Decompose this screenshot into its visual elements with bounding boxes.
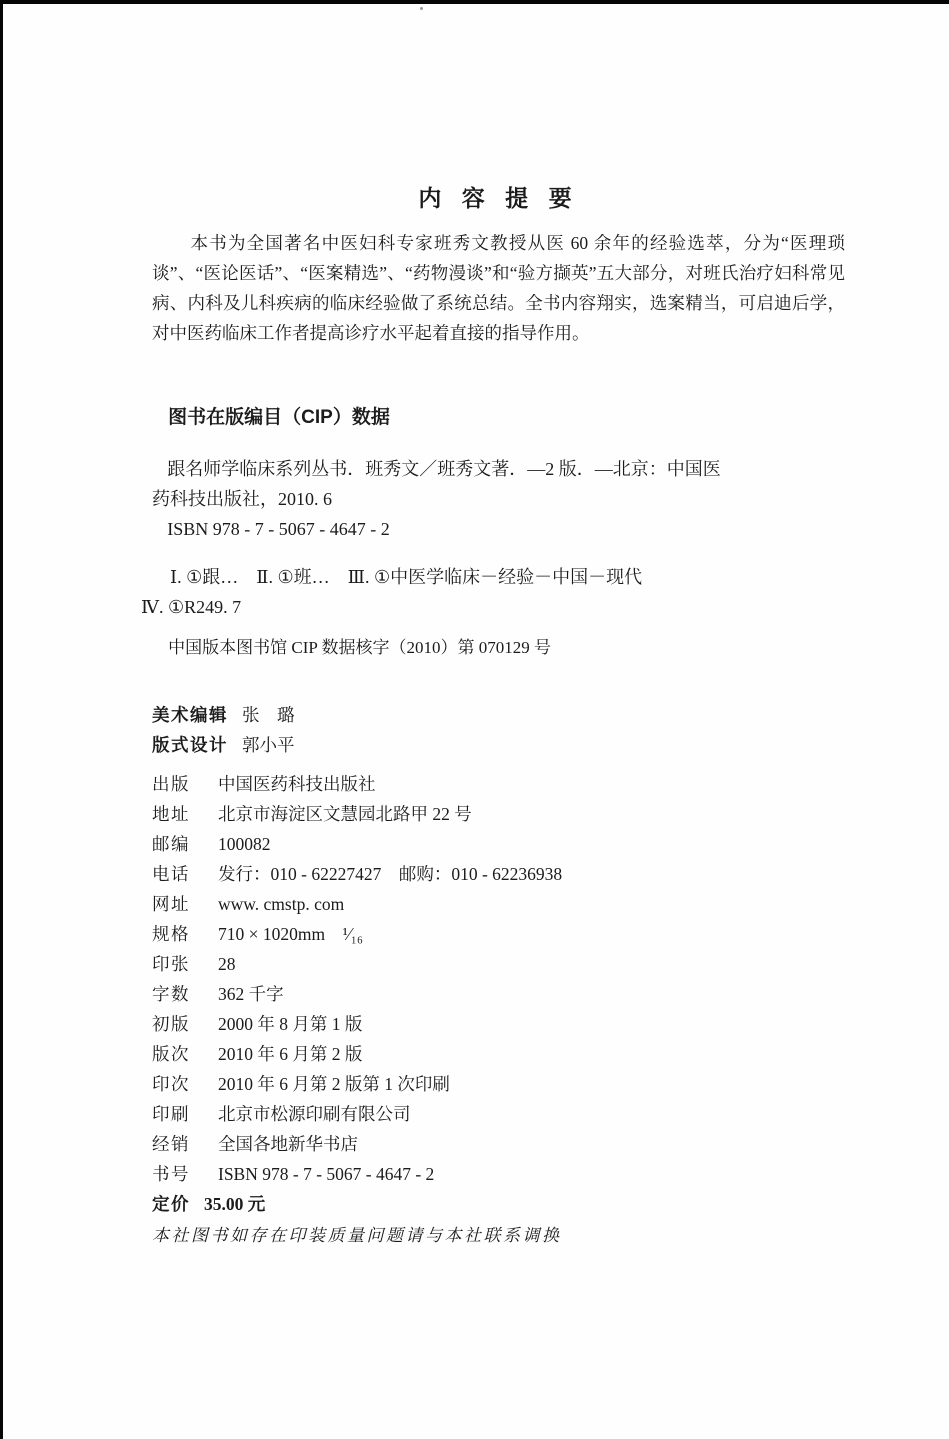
cip-classification-line1: Ⅰ. ①跟… Ⅱ. ①班… Ⅲ. ①中医学临床－经验－中国－现代	[152, 562, 845, 592]
colophon-label: 出版	[152, 769, 218, 799]
colophon-label: 印刷	[152, 1099, 218, 1129]
colophon-value: 郭小平	[242, 735, 295, 755]
colophon-value: 张 璐	[242, 705, 295, 725]
colophon-value: 35.00 元	[204, 1194, 265, 1214]
cip-classification: Ⅰ. ①跟… Ⅱ. ①班… Ⅲ. ①中医学临床－经验－中国－现代 Ⅳ. ①R24…	[152, 562, 845, 622]
colophon-value: www. cmstp. com	[218, 894, 344, 914]
colophon-value: 2000 年 8 月第 1 版	[218, 1014, 362, 1034]
colophon-value: 全国各地新华书店	[218, 1134, 358, 1154]
content-summary-paragraph: 本书为全国著名中医妇科专家班秀文教授从医 60 余年的经验选萃，分为“医理琐谈”…	[152, 228, 845, 348]
page-content: 内 容 提 要 本书为全国著名中医妇科专家班秀文教授从医 60 余年的经验选萃，…	[152, 0, 845, 1251]
colophon-value: 北京市海淀区文慧园北路甲 22 号	[218, 804, 472, 824]
cip-classification-line2: Ⅳ. ①R249. 7	[141, 592, 845, 622]
colophon-label: 印次	[152, 1069, 218, 1099]
colophon-label: 网址	[152, 889, 218, 919]
scan-edge-left	[0, 0, 3, 1439]
cip-description-line1: 跟名师学临床系列丛书．班秀文／班秀文著．—2 版．—北京：中国医	[152, 454, 845, 484]
colophon-row: 版式设计郭小平	[152, 730, 845, 760]
colophon-row: 电话发行：010 - 62227427 邮购：010 - 62236938	[152, 859, 845, 889]
colophon-value: 2010 年 6 月第 2 版	[218, 1044, 362, 1064]
colophon-label: 版式设计	[152, 730, 228, 760]
colophon-value: 362 千字	[218, 984, 284, 1004]
colophon-label: 字数	[152, 979, 218, 1009]
colophon-value: 发行：010 - 62227427 邮购：010 - 62236938	[218, 864, 562, 884]
colophon-row: 初版2000 年 8 月第 1 版	[152, 1009, 845, 1039]
colophon-value: 28	[218, 954, 236, 974]
colophon-label: 规格	[152, 919, 218, 949]
colophon-row: 地址北京市海淀区文慧园北路甲 22 号	[152, 799, 845, 829]
colophon-label: 邮编	[152, 829, 218, 859]
colophon-row: 定价35.00 元	[152, 1189, 845, 1219]
colophon-label: 经销	[152, 1129, 218, 1159]
colophon-value: 中国医药科技出版社	[218, 774, 376, 794]
colophon-value: ISBN 978 - 7 - 5067 - 4647 - 2	[218, 1164, 434, 1184]
colophon-row: 出版中国医药科技出版社	[152, 769, 845, 799]
quality-exchange-note: 本社图书如存在印装质量问题请与本社联系调换	[152, 1221, 845, 1251]
content-summary-title: 内 容 提 要	[152, 184, 845, 212]
colophon-value: 北京市松源印刷有限公司	[218, 1104, 411, 1124]
cip-heading: 图书在版编目（CIP）数据	[152, 404, 845, 432]
colophon-row: 书号ISBN 978 - 7 - 5067 - 4647 - 2	[152, 1159, 845, 1189]
colophon-row: 版次2010 年 6 月第 2 版	[152, 1039, 845, 1069]
colophon-row: 网址www. cmstp. com	[152, 889, 845, 919]
colophon-row: 印张28	[152, 949, 845, 979]
colophon-row: 印次2010 年 6 月第 2 版第 1 次印刷	[152, 1069, 845, 1099]
colophon-label: 书号	[152, 1159, 218, 1189]
colophon-row: 经销全国各地新华书店	[152, 1129, 845, 1159]
colophon-label: 美术编辑	[152, 700, 228, 730]
colophon-row: 美术编辑张 璐	[152, 700, 845, 730]
colophon-row: 字数362 千字	[152, 979, 845, 1009]
cip-description-line2: 药科技出版社，2010. 6	[152, 484, 845, 514]
colophon-label: 地址	[152, 799, 218, 829]
colophon-value: 710 × 1020mm ¹⁄₁₆	[218, 924, 363, 944]
colophon-label: 印张	[152, 949, 218, 979]
colophon-row: 规格710 × 1020mm ¹⁄₁₆	[152, 919, 845, 949]
cip-record-number: 中国版本图书馆 CIP 数据核字（2010）第 070129 号	[152, 634, 845, 662]
colophon-value: 100082	[218, 834, 271, 854]
cip-description: 跟名师学临床系列丛书．班秀文／班秀文著．—2 版．—北京：中国医 药科技出版社，…	[152, 454, 845, 544]
colophon-label: 定价	[152, 1189, 190, 1219]
cip-isbn-line: ISBN 978 - 7 - 5067 - 4647 - 2	[152, 514, 845, 544]
colophon-label: 初版	[152, 1009, 218, 1039]
book-copyright-page: 内 容 提 要 本书为全国著名中医妇科专家班秀文教授从医 60 余年的经验选萃，…	[0, 0, 949, 1439]
colophon-label: 电话	[152, 859, 218, 889]
colophon-value: 2010 年 6 月第 2 版第 1 次印刷	[218, 1074, 450, 1094]
colophon-row: 印刷北京市松源印刷有限公司	[152, 1099, 845, 1129]
colophon-label: 版次	[152, 1039, 218, 1069]
colophon-list: 美术编辑张 璐 版式设计郭小平 出版中国医药科技出版社 地址北京市海淀区文慧园北…	[152, 700, 845, 1219]
colophon-row: 邮编100082	[152, 829, 845, 859]
